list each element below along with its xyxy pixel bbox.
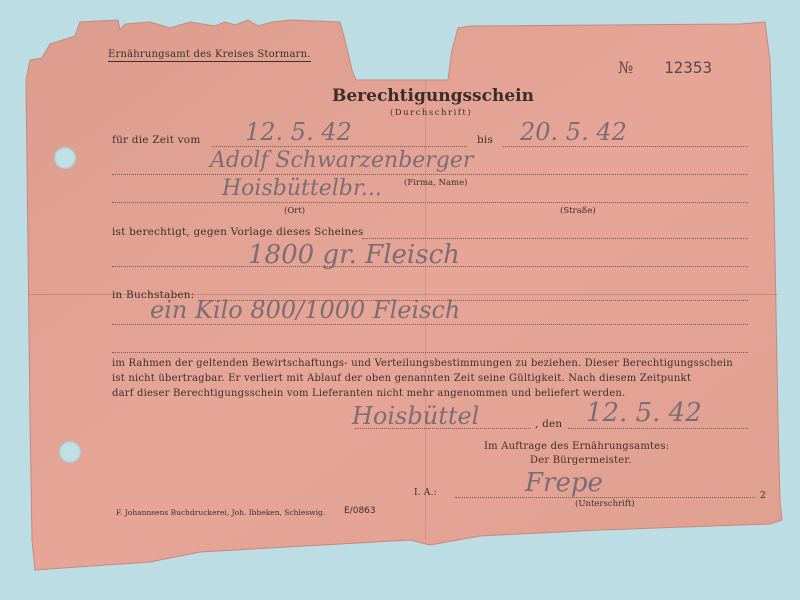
terms-text-line-1: im Rahmen der geltenden Bewirtschaftungs… (112, 358, 733, 369)
period-to-line (503, 146, 748, 147)
signature: Frepe (525, 468, 603, 498)
place-caption: (Ort) (284, 206, 305, 216)
blank-line (112, 352, 748, 353)
document-title: Berechtigungsschein (332, 86, 534, 106)
period-from-line (212, 146, 467, 147)
terms-text-line-3: darf dieser Berechtigungsschein vom Lief… (112, 388, 625, 399)
place-value: Hoisbüttelbr... (222, 176, 382, 201)
printer-imprint: F. Johannsens Buchdruckerei, Joh. Ibbeke… (116, 508, 325, 517)
issue-date-label: , den (535, 418, 562, 430)
signature-line (455, 497, 755, 498)
entitled-line (362, 238, 748, 239)
quantity-in-words-value: ein Kilo 800/1000 Fleisch (150, 296, 460, 324)
document-subtitle: (Durchschrift) (390, 108, 472, 118)
company-name-value: Adolf Schwarzenberger (210, 148, 473, 173)
entitled-label: ist berechtigt, gegen Vorlage dieses Sch… (112, 226, 364, 238)
certificate-number-label: № (618, 58, 633, 77)
period-to-label: bis (477, 134, 493, 146)
company-caption: (Firma, Name) (404, 178, 467, 188)
issue-place-line (355, 428, 531, 429)
issue-date-value: 12. 5. 42 (586, 398, 702, 428)
issue-date-line (568, 428, 748, 429)
period-to-value: 20. 5. 42 (520, 118, 627, 146)
authority-line-1: Im Auftrage des Ernährungsamtes: (484, 441, 669, 452)
authority-line-2: Der Bürgermeister. (530, 455, 632, 466)
street-caption: (Straße) (560, 206, 596, 216)
punch-hole (59, 441, 81, 463)
place-street-line (112, 202, 748, 203)
period-from-value: 12. 5. 42 (245, 118, 352, 146)
quantity-line (112, 266, 748, 267)
ia-label: I. A.: (414, 488, 437, 498)
in-words-line-2 (112, 324, 748, 325)
issuing-office-header: Ernährungsamt des Kreises Stormarn. (108, 49, 311, 62)
form-code: E/0863 (344, 506, 376, 516)
issue-place-value: Hoisbüttel (352, 402, 479, 430)
ration-certificate-document: Ernährungsamt des Kreises Stormarn. № 12… (0, 0, 800, 600)
punch-hole (54, 147, 76, 169)
terms-text-line-2: ist nicht übertragbar. Er verliert mit A… (112, 373, 691, 384)
certificate-number: 12353 (664, 58, 712, 77)
company-line (112, 174, 748, 175)
copy-number: 2 (760, 491, 766, 501)
signature-caption: (Unterschrift) (575, 499, 635, 509)
period-label: für die Zeit vom (112, 134, 200, 146)
